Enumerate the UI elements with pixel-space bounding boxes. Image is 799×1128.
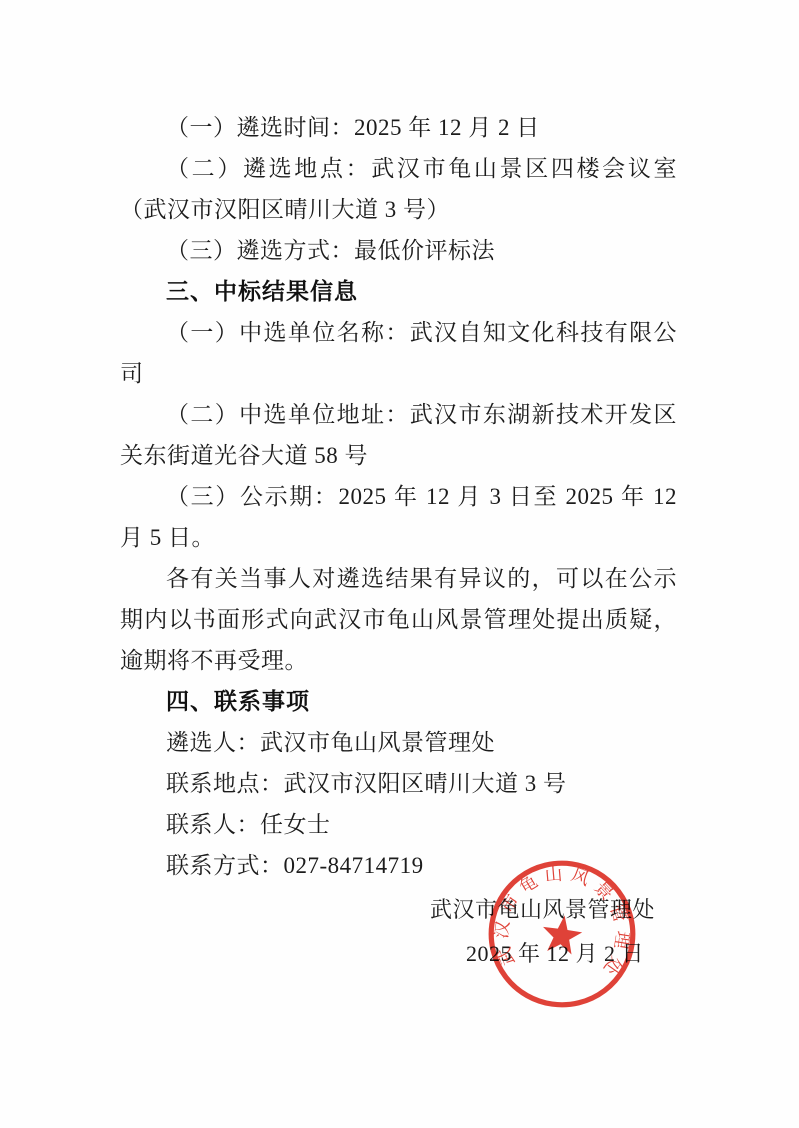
para-contact-person: 联系人：任女士 bbox=[120, 804, 677, 845]
para-contact-address: 联系地点：武汉市汉阳区晴川大道 3 号 bbox=[120, 763, 677, 804]
para-selection-location: （二）遴选地点：武汉市龟山景区四楼会议室（武汉市汉阳区晴川大道 3 号） bbox=[120, 148, 677, 230]
para-contact-phone: 联系方式：027-84714719 bbox=[120, 845, 677, 886]
signature-org-name: 武汉市龟山风景管理处 bbox=[430, 893, 655, 924]
para-selection-time: （一）遴选时间：2025 年 12 月 2 日 bbox=[120, 107, 677, 148]
signature-date: 2025 年 12 月 2 日 bbox=[466, 937, 644, 968]
para-selection-method: （三）遴选方式：最低价评标法 bbox=[120, 230, 677, 271]
para-winner-address: （二）中选单位地址：武汉市东湖新技术开发区关东街道光谷大道 58 号 bbox=[120, 394, 677, 476]
para-selector-org: 遴选人：武汉市龟山风景管理处 bbox=[120, 722, 677, 763]
para-publicity-period: （三）公示期：2025 年 12 月 3 日至 2025 年 12 月 5 日。 bbox=[120, 476, 677, 558]
para-winner-name: （一）中选单位名称：武汉自知文化科技有限公司 bbox=[120, 312, 677, 394]
document-body: （一）遴选时间：2025 年 12 月 2 日 （二）遴选地点：武汉市龟山景区四… bbox=[120, 107, 677, 886]
heading-contact-matters: 四、联系事项 bbox=[120, 681, 677, 722]
para-objection-notice: 各有关当事人对遴选结果有异议的，可以在公示期内以书面形式向武汉市龟山风景管理处提… bbox=[120, 558, 677, 681]
document-page: （一）遴选时间：2025 年 12 月 2 日 （二）遴选地点：武汉市龟山景区四… bbox=[0, 0, 799, 1128]
heading-bid-result-info: 三、中标结果信息 bbox=[120, 271, 677, 312]
seal-star-icon bbox=[540, 913, 584, 956]
